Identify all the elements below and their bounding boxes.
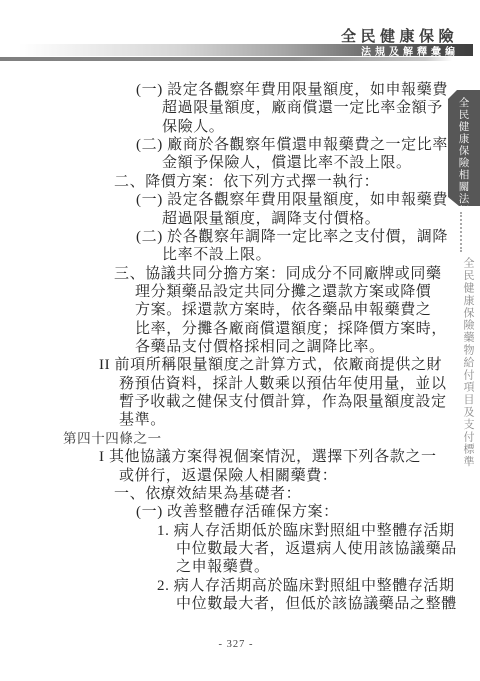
body-line: 基準。 xyxy=(0,411,456,429)
body-line: 中位數最大者，但低於該協議藥品之整體 xyxy=(0,595,456,613)
sidebar-tab-label: 全民健康保險相關法規 xyxy=(457,97,472,206)
body-line: 超過限量額度，廠商償還一定比率金額予 xyxy=(0,99,456,117)
body-line: II 前項所稱限量額度之計算方式，依廠商提供之財 xyxy=(0,356,456,374)
scanned-document-page: { "header": { "title": "全民健康保險", "subtit… xyxy=(0,0,480,681)
body-line: 之申報藥費。 xyxy=(0,558,456,576)
body-line: 方案。採還款方案時，依各藥品申報藥費之 xyxy=(0,301,456,319)
body-line: 中位數最大者，返還病人使用該協議藥品 xyxy=(0,540,456,558)
body-line: 金額予保險人，償還比率不設上限。 xyxy=(0,154,456,172)
document-body: (一) 設定各觀察年費用限量額度，如申報藥費超過限量額度，廠商償還一定比率金額予… xyxy=(0,81,456,613)
body-line: 2. 病人存活期高於臨床對照組中整體存活期 xyxy=(0,577,456,595)
body-line: 比率，分攤各廠商償還額度；採降價方案時， xyxy=(0,320,456,338)
body-line: 第四十四條之一 xyxy=(0,430,456,448)
body-line: 各藥品支付價格採相同之調降比率。 xyxy=(0,338,456,356)
body-line: 保險人。 xyxy=(0,118,456,136)
header-gradient-bar: 法規及解釋彙編 xyxy=(0,44,473,56)
body-line: (二) 廠商於各觀察年償還申報藥費之一定比率 xyxy=(0,136,456,154)
body-line: 1. 病人存活期低於臨床對照組中整體存活期 xyxy=(0,522,456,540)
header-rule-line xyxy=(0,57,452,61)
body-line: 務預估資料，採計人數乘以預估年使用量，並以 xyxy=(0,375,456,393)
body-line: 二、降價方案：依下列方式擇一執行： xyxy=(0,173,456,191)
sidebar-dotted-separator xyxy=(460,212,462,252)
body-line: 比率不設上限。 xyxy=(0,246,456,264)
body-line: 暫予收載之健保支付價計算，作為限量額度設定 xyxy=(0,393,456,411)
book-subtitle: 法規及解釋彙編 xyxy=(361,43,459,58)
body-line: (一) 改善整體存活確保方案： xyxy=(0,503,456,521)
page-number: - 327 - xyxy=(0,639,472,650)
body-line: (一) 設定各觀察年費用限量額度，如申報藥費 xyxy=(0,81,456,99)
body-line: 理分類藥品設定共同分攤之還款方案或降價 xyxy=(0,283,456,301)
body-line: 超過限量額度，調降支付價格。 xyxy=(0,210,456,228)
body-line: 一、依療效結果為基礎者： xyxy=(0,485,456,503)
body-line: 三、協議共同分擔方案：同成分不同廠牌或同藥 xyxy=(0,265,456,283)
body-line: I 其他協議方案得視個案情況，選擇下列各款之一 xyxy=(0,448,456,466)
body-line: 或併行，返還保險人相關藥費： xyxy=(0,467,456,485)
body-line: (二) 於各觀察年調降一定比率之支付價，調降 xyxy=(0,228,456,246)
body-line: (一) 設定各觀察年費用限量額度，如申報藥費 xyxy=(0,191,456,209)
